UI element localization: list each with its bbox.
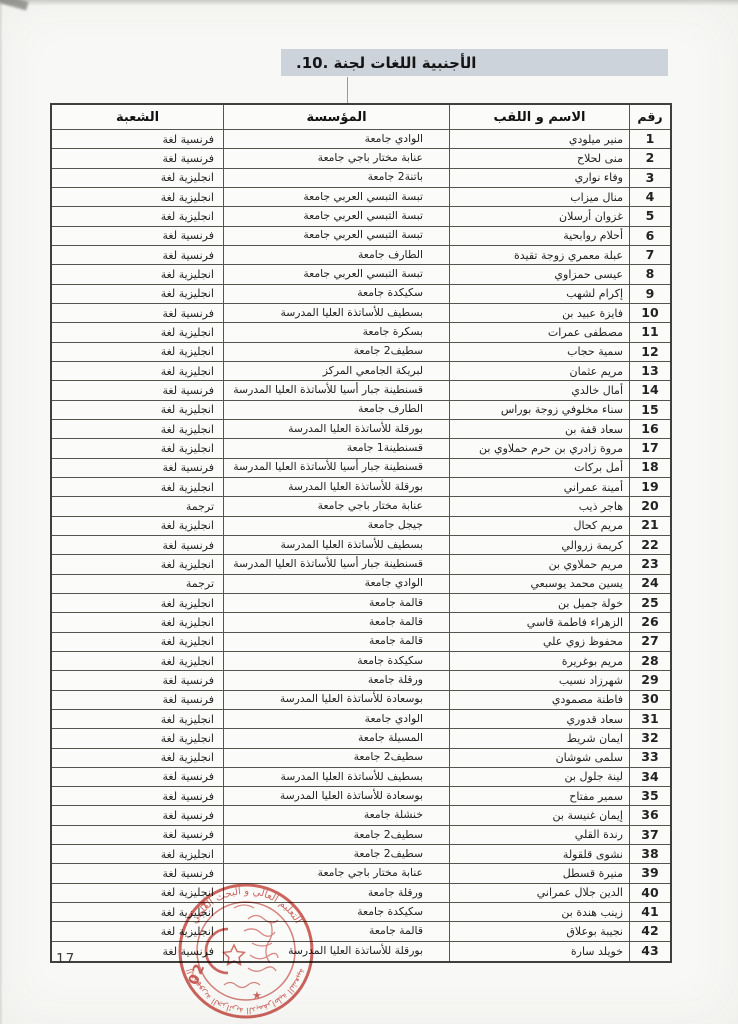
cell-branch: لغة ‎انجليزية: [52, 343, 224, 362]
cell-institution: المدرسة ‎العليا ‎للأساتذة ‎أسيا ‎جبار ‎ق…: [224, 555, 450, 574]
cell-number: 37: [630, 826, 670, 845]
cell-number: 4: [630, 188, 670, 207]
cell-branch: لغة ‎انجليزية: [52, 188, 224, 207]
cell-name: بن ‎جميل ‎خولة: [450, 594, 630, 613]
cell-number: 24: [630, 575, 670, 594]
cell-number: 29: [630, 671, 670, 690]
cell-branch: لغة ‎انجليزية: [52, 207, 224, 226]
cell-name: قلقولة ‎نشوى: [450, 845, 630, 864]
cell-branch: لغة ‎فرنسية: [52, 691, 224, 710]
header-number: رقم: [630, 105, 670, 130]
cell-number: 8: [630, 265, 670, 284]
cell-number: 13: [630, 362, 670, 381]
cell-branch: لغة ‎فرنسية: [52, 787, 224, 806]
stamp-inner-ring: [197, 902, 295, 1000]
cell-number: 32: [630, 729, 670, 748]
cell-name: عمراني ‎جلال ‎الدين: [450, 884, 630, 903]
cell-number: 12: [630, 343, 670, 362]
cell-number: 19: [630, 478, 670, 497]
cell-number: 7: [630, 246, 670, 265]
cell-institution: جامعة ‎جيجل: [224, 517, 450, 536]
cell-institution: جامعة ‎سكيكدة: [224, 652, 450, 671]
cell-number: 31: [630, 710, 670, 729]
cell-institution: المدرسة ‎العليا ‎للأساتذة ‎بوسعادة: [224, 787, 450, 806]
cell-number: 27: [630, 633, 670, 652]
cell-branch: لغة ‎فرنسية: [52, 246, 224, 265]
cell-branch: لغة ‎فرنسية: [52, 536, 224, 555]
cell-institution: المدرسة ‎العليا ‎للأساتذة ‎أسيا ‎جبار ‎ق…: [224, 459, 450, 478]
cell-number: 40: [630, 884, 670, 903]
cell-institution: جامعة ‎خنشلة: [224, 806, 450, 825]
cell-number: 9: [630, 285, 670, 304]
cell-institution: جامعة ‎باجي ‎مختار ‎عنابة: [224, 497, 450, 516]
cell-name: أرسلان ‎غزوان: [450, 207, 630, 226]
cell-branch: لغة ‎انجليزية: [52, 652, 224, 671]
cell-name: عمرات ‎مصطفى: [450, 323, 630, 342]
cell-institution: جامعة ‎سطيف2: [224, 826, 450, 845]
cell-number: 25: [630, 594, 670, 613]
cell-branch: لغة ‎انجليزية: [52, 555, 224, 574]
cell-name: لشهب ‎إكرام: [450, 285, 630, 304]
page-number: 17: [56, 951, 75, 967]
cell-institution: المدرسة ‎العليا ‎للأساتذة ‎بوسعادة: [224, 691, 450, 710]
header-name: اللقب ‎و ‎الاسم: [450, 105, 630, 130]
cell-institution: جامعة ‎بسكرة: [224, 323, 450, 342]
cell-branch: لغة ‎انجليزية: [52, 439, 224, 458]
header-branch: الشعبة: [52, 105, 224, 130]
cell-institution: جامعة ‎باتنة2: [224, 169, 450, 188]
title-highlight-band: .10. ‎لجنة ‎اللغات ‎الأجنبية: [281, 49, 668, 76]
emblem-scribbles: [224, 905, 278, 988]
cell-name: بن ‎جلول ‎لينة: [450, 768, 630, 787]
cell-branch: لغة ‎فرنسية: [52, 381, 224, 400]
scan-artifact-line: [347, 77, 348, 103]
cell-branch: لغة ‎فرنسية: [52, 806, 224, 825]
cell-name: بن ‎حملاوي ‎حرم ‎بن ‎زادري ‎مروة: [450, 439, 630, 458]
cell-number: 30: [630, 691, 670, 710]
cell-institution: جامعة ‎سطيف2: [224, 845, 450, 864]
cell-branch: ترجمة: [52, 497, 224, 516]
cell-institution: جامعة ‎الوادي: [224, 710, 450, 729]
cell-name: بركات ‎أمل: [450, 459, 630, 478]
cell-name: لحلاح ‎منى: [450, 149, 630, 168]
cell-number: 41: [630, 903, 670, 922]
cell-name: عثمان ‎مريم: [450, 362, 630, 381]
cell-name: بن ‎حملاوي ‎مريم: [450, 555, 630, 574]
cell-name: بوراس ‎زوجة ‎مخلوفي ‎سناء: [450, 401, 630, 420]
cell-branch: لغة ‎انجليزية: [52, 613, 224, 632]
cell-number: 20: [630, 497, 670, 516]
cell-name: بوعلاق ‎نجيبة: [450, 922, 630, 941]
cell-name: خالدي ‎أمال: [450, 381, 630, 400]
cell-branch: لغة ‎انجليزية: [52, 845, 224, 864]
cell-name: شريط ‎ايمان: [450, 729, 630, 748]
cell-number: 14: [630, 381, 670, 400]
cell-name: بوغريرة ‎مريم: [450, 652, 630, 671]
official-stamp: ★ ★ 02 التعليم العالي و البحث العلمي الج…: [170, 875, 322, 1024]
cell-branch: لغة ‎انجليزية: [52, 729, 224, 748]
cell-name: حجاب ‎سمية: [450, 343, 630, 362]
cell-number: 1: [630, 130, 670, 149]
cell-branch: لغة ‎انجليزية: [52, 169, 224, 188]
stamp-star-icon: ★: [252, 989, 262, 1002]
cell-branch: لغة ‎انجليزية: [52, 265, 224, 284]
cell-branch: لغة ‎فرنسية: [52, 826, 224, 845]
cell-name: روابحية ‎أحلام: [450, 227, 630, 246]
cell-institution: جامعة ‎ورقلة: [224, 671, 450, 690]
cell-institution: جامعة ‎العربي ‎التبسي ‎تبسة: [224, 188, 450, 207]
cell-name: علي ‎زوي ‎محفوظ: [450, 633, 630, 652]
cell-name: بن ‎هندة ‎زينب: [450, 903, 630, 922]
cell-branch: لغة ‎انجليزية: [52, 420, 224, 439]
cell-number: 34: [630, 768, 670, 787]
cell-name: مفتاح ‎سمير: [450, 787, 630, 806]
crescent-icon: [206, 929, 228, 973]
cell-number: 28: [630, 652, 670, 671]
cell-institution: المدرسة ‎العليا ‎للأساتذة ‎بسطيف: [224, 536, 450, 555]
cell-institution: جامعة ‎باجي ‎مختار ‎عنابة: [224, 149, 450, 168]
cell-name: بن ‎غنيسة ‎إيمان: [450, 806, 630, 825]
cell-number: 23: [630, 555, 670, 574]
cell-institution: المدرسة ‎العليا ‎للأساتذة ‎أسيا ‎جبار ‎ق…: [224, 381, 450, 400]
cell-branch: لغة ‎فرنسية: [52, 459, 224, 478]
cell-institution: جامعة ‎قالمة: [224, 594, 450, 613]
cell-branch: لغة ‎انجليزية: [52, 323, 224, 342]
cell-number: 33: [630, 749, 670, 768]
cell-branch: لغة ‎فرنسية: [52, 130, 224, 149]
cell-branch: لغة ‎فرنسية: [52, 671, 224, 690]
cell-institution: جامعة ‎قالمة: [224, 633, 450, 652]
cell-number: 15: [630, 401, 670, 420]
cell-institution: المركز ‎الجامعي ‎لبريكة: [224, 362, 450, 381]
cell-institution: جامعة ‎الوادي: [224, 130, 450, 149]
cell-institution: جامعة ‎الطارف: [224, 246, 450, 265]
scan-edge-left: [0, 0, 3, 1024]
cell-name: شوشان ‎سلمى: [450, 749, 630, 768]
cell-name: قسطل ‎منيرة: [450, 864, 630, 883]
cell-institution: المدرسة ‎العليا ‎للأساتذة ‎بورقلة: [224, 420, 450, 439]
cell-number: 26: [630, 613, 670, 632]
cell-number: 16: [630, 420, 670, 439]
cell-institution: المدرسة ‎العليا ‎للأساتذة ‎بسطيف: [224, 304, 450, 323]
cell-name: عمراني ‎أمينة: [450, 478, 630, 497]
cell-number: 10: [630, 304, 670, 323]
cell-institution: جامعة ‎قالمة: [224, 613, 450, 632]
cell-number: 3: [630, 169, 670, 188]
cell-institution: جامعة ‎سطيف2: [224, 749, 450, 768]
cell-branch: لغة ‎انجليزية: [52, 478, 224, 497]
cell-name: نسيب ‎شهرزاد: [450, 671, 630, 690]
cell-branch: لغة ‎فرنسية: [52, 768, 224, 787]
cell-name: ذيب ‎هاجر: [450, 497, 630, 516]
scanned-document-page: { "title": ".10. لجنة اللغات الأجنبية", …: [0, 0, 738, 1024]
cell-number: 35: [630, 787, 670, 806]
cell-institution: المدرسة ‎العليا ‎للأساتذة ‎بسطيف: [224, 768, 450, 787]
page-title: .10. ‎لجنة ‎اللغات ‎الأجنبية: [281, 54, 476, 72]
cell-institution: جامعة ‎الوادي: [224, 575, 450, 594]
cell-institution: جامعة ‎المسيلة: [224, 729, 450, 748]
cell-name: مصمودي ‎فاطنة: [450, 691, 630, 710]
cell-institution: جامعة ‎العربي ‎التبسي ‎تبسة: [224, 227, 450, 246]
cell-name: سارة ‎خويلد: [450, 942, 630, 961]
cell-name: قاسي ‎فاطمة ‎الزهراء: [450, 613, 630, 632]
cell-institution: جامعة ‎العربي ‎التبسي ‎تبسة: [224, 207, 450, 226]
cell-institution: جامعة ‎قسنطينة1: [224, 439, 450, 458]
cell-branch: لغة ‎انجليزية: [52, 633, 224, 652]
cell-number: 36: [630, 806, 670, 825]
cell-number: 11: [630, 323, 670, 342]
cell-branch: لغة ‎انجليزية: [52, 710, 224, 729]
cell-branch: لغة ‎فرنسية: [52, 304, 224, 323]
cell-number: 38: [630, 845, 670, 864]
cell-name: نواري ‎وفاء: [450, 169, 630, 188]
cell-number: 42: [630, 922, 670, 941]
cell-number: 39: [630, 864, 670, 883]
cell-branch: لغة ‎فرنسية: [52, 227, 224, 246]
cell-institution: جامعة ‎سطيف2: [224, 343, 450, 362]
cell-name: زروالي ‎كريمة: [450, 536, 630, 555]
cell-branch: لغة ‎انجليزية: [52, 749, 224, 768]
cell-name: ميلودي ‎منير: [450, 130, 630, 149]
cell-name: حمزاوي ‎عيسى: [450, 265, 630, 284]
cell-number: 22: [630, 536, 670, 555]
cell-number: 18: [630, 459, 670, 478]
cell-branch: لغة ‎انجليزية: [52, 517, 224, 536]
star-outline-icon: [224, 945, 245, 965]
cell-branch: لغة ‎انجليزية: [52, 594, 224, 613]
cell-number: 17: [630, 439, 670, 458]
committee-table: الشعبة المؤسسة اللقب ‎و ‎الاسم رقم لغة ‎…: [50, 103, 672, 963]
cell-number: 6: [630, 227, 670, 246]
cell-institution: جامعة ‎سكيكدة: [224, 285, 450, 304]
cell-branch: لغة ‎انجليزية: [52, 285, 224, 304]
cell-institution: جامعة ‎الطارف: [224, 401, 450, 420]
cell-branch: لغة ‎انجليزية: [52, 401, 224, 420]
cell-name: يوسبعي ‎محمد ‎يسين: [450, 575, 630, 594]
cell-institution: جامعة ‎العربي ‎التبسي ‎تبسة: [224, 265, 450, 284]
cell-name: بن ‎قفة ‎سعاد: [450, 420, 630, 439]
cell-name: ميزاب ‎منال: [450, 188, 630, 207]
cell-name: تقيدة ‎زوجة ‎معمري ‎عبلة: [450, 246, 630, 265]
cell-name: كحال ‎مريم: [450, 517, 630, 536]
cell-name: بن ‎عبيد ‎فايزة: [450, 304, 630, 323]
cell-name: القلي ‎رندة: [450, 826, 630, 845]
cell-name: قدوري ‎سعاد: [450, 710, 630, 729]
cell-number: 21: [630, 517, 670, 536]
cell-branch: لغة ‎فرنسية: [52, 149, 224, 168]
cell-branch: لغة ‎انجليزية: [52, 362, 224, 381]
cell-number: 43: [630, 942, 670, 961]
cell-branch: ترجمة: [52, 575, 224, 594]
cell-institution: المدرسة ‎العليا ‎للأساتذة ‎بورقلة: [224, 478, 450, 497]
header-institution: المؤسسة: [224, 105, 450, 130]
scan-edge-top: [0, 0, 738, 6]
cell-number: 5: [630, 207, 670, 226]
cell-number: 2: [630, 149, 670, 168]
